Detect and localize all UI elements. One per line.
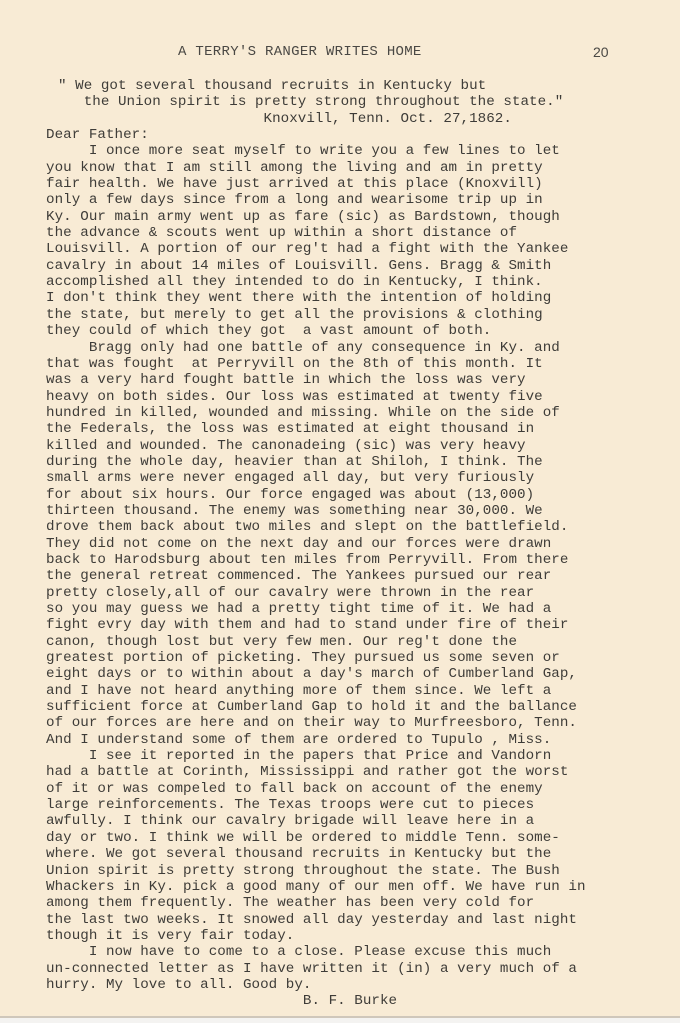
letter-line: I now have to come to a close. Please ex…: [46, 944, 586, 960]
running-header: A TERRY'S RANGER WRITES HOME 20: [0, 44, 680, 64]
dateline: Knoxvill, Tenn. Oct. 27,1862.: [58, 111, 586, 127]
letter-line: had a battle at Corinth, Mississippi and…: [46, 764, 586, 780]
letter-line: Union spirit is pretty strong throughout…: [46, 863, 586, 879]
letter-line: and I have not heard anything more of th…: [46, 683, 586, 699]
letter-line: awfully. I think our cavalry brigade wil…: [46, 813, 586, 829]
page-number: 20: [593, 44, 609, 60]
scan-background: [0, 1018, 680, 1023]
letter-line: for about six hours. Our force engaged w…: [46, 487, 586, 503]
letter-line: drove them back about two miles and slep…: [46, 519, 586, 535]
letter-line: I once more seat myself to write you a f…: [46, 143, 586, 159]
typewritten-page: A TERRY'S RANGER WRITES HOME 20 " We got…: [0, 0, 680, 1017]
letter-line: day or two. I think we will be ordered t…: [46, 830, 586, 846]
letter-line: greatest portion of picketing. They purs…: [46, 650, 586, 666]
letter-line: where. We got several thousand recruits …: [46, 846, 586, 862]
letter-line: They did not come on the next day and ou…: [46, 536, 586, 552]
letter-line: though it is very fair today.: [46, 928, 586, 944]
letter-line: small arms were never engaged all day, b…: [46, 470, 586, 486]
letter-line: during the whole day, heavier than at Sh…: [46, 454, 586, 470]
letter-line: the state, but merely to get all the pro…: [46, 307, 586, 323]
letter-line: accomplished all they intended to do in …: [46, 274, 586, 290]
header-title: A TERRY'S RANGER WRITES HOME: [178, 44, 422, 60]
letter-line: fair health. We have just arrived at thi…: [46, 176, 586, 192]
salutation: Dear Father:: [46, 127, 586, 143]
letter-line: you know that I am still among the livin…: [46, 160, 586, 176]
letter-line: hurry. My love to all. Good by.: [46, 977, 586, 993]
letter-line: the advance & scouts went up within a sh…: [46, 225, 586, 241]
letter-line: I see it reported in the papers that Pri…: [46, 748, 586, 764]
letter-line: was a very hard fought battle in which t…: [46, 372, 586, 388]
epigraph-line: the Union spirit is pretty strong throug…: [58, 94, 586, 110]
letter-line: so you may guess we had a pretty tight t…: [46, 601, 586, 617]
letter-line: And I understand some of them are ordere…: [46, 732, 586, 748]
letter-line: Louisvill. A portion of our reg't had a …: [46, 241, 586, 257]
letter-line: of our forces are here and on their way …: [46, 715, 586, 731]
letter-line: killed and wounded. The canonadeing (sic…: [46, 438, 586, 454]
letter-line: pretty closely,all of our cavalry were t…: [46, 585, 586, 601]
letter-line: that was fought at Perryvill on the 8th …: [46, 356, 586, 372]
letter-line: the last two weeks. It snowed all day ye…: [46, 912, 586, 928]
epigraph-line: " We got several thousand recruits in Ke…: [58, 78, 586, 94]
letter-body: " We got several thousand recruits in Ke…: [46, 78, 586, 1010]
letter-line: Bragg only had one battle of any consequ…: [46, 340, 586, 356]
letter-line: fight evry day with them and had to stan…: [46, 617, 586, 633]
letter-line: thirteen thousand. The enemy was somethi…: [46, 503, 586, 519]
letter-line: cavalry in about 14 miles of Louisvill. …: [46, 258, 586, 274]
letter-line: they could of which they got a vast amou…: [46, 323, 586, 339]
letter-line: eight days or to within about a day's ma…: [46, 666, 586, 682]
letter-line: of it or was compeled to fall back on ac…: [46, 781, 586, 797]
letter-line: among them frequently. The weather has b…: [46, 895, 586, 911]
letter-line: the Federals, the loss was estimated at …: [46, 421, 586, 437]
letter-line: canon, though lost but very few men. Our…: [46, 634, 586, 650]
letter-line: hundred in killed, wounded and missing. …: [46, 405, 586, 421]
letter-line: un-connected letter as I have written it…: [46, 961, 586, 977]
letter-line: back to Harodsburg about ten miles from …: [46, 552, 586, 568]
letter-line: heavy on both sides. Our loss was estima…: [46, 389, 586, 405]
letter-line: Whackers in Ky. pick a good many of our …: [46, 879, 586, 895]
letter-line: Ky. Our main army went up as fare (sic) …: [46, 209, 586, 225]
letter-line: only a few days since from a long and we…: [46, 192, 586, 208]
letter-line: I don't think they went there with the i…: [46, 290, 586, 306]
letter-line: sufficient force at Cumberland Gap to ho…: [46, 699, 586, 715]
letter-line: large reinforcements. The Texas troops w…: [46, 797, 586, 813]
letter-line: the general retreat commenced. The Yanke…: [46, 568, 586, 584]
signature: B. F. Burke: [46, 993, 586, 1009]
